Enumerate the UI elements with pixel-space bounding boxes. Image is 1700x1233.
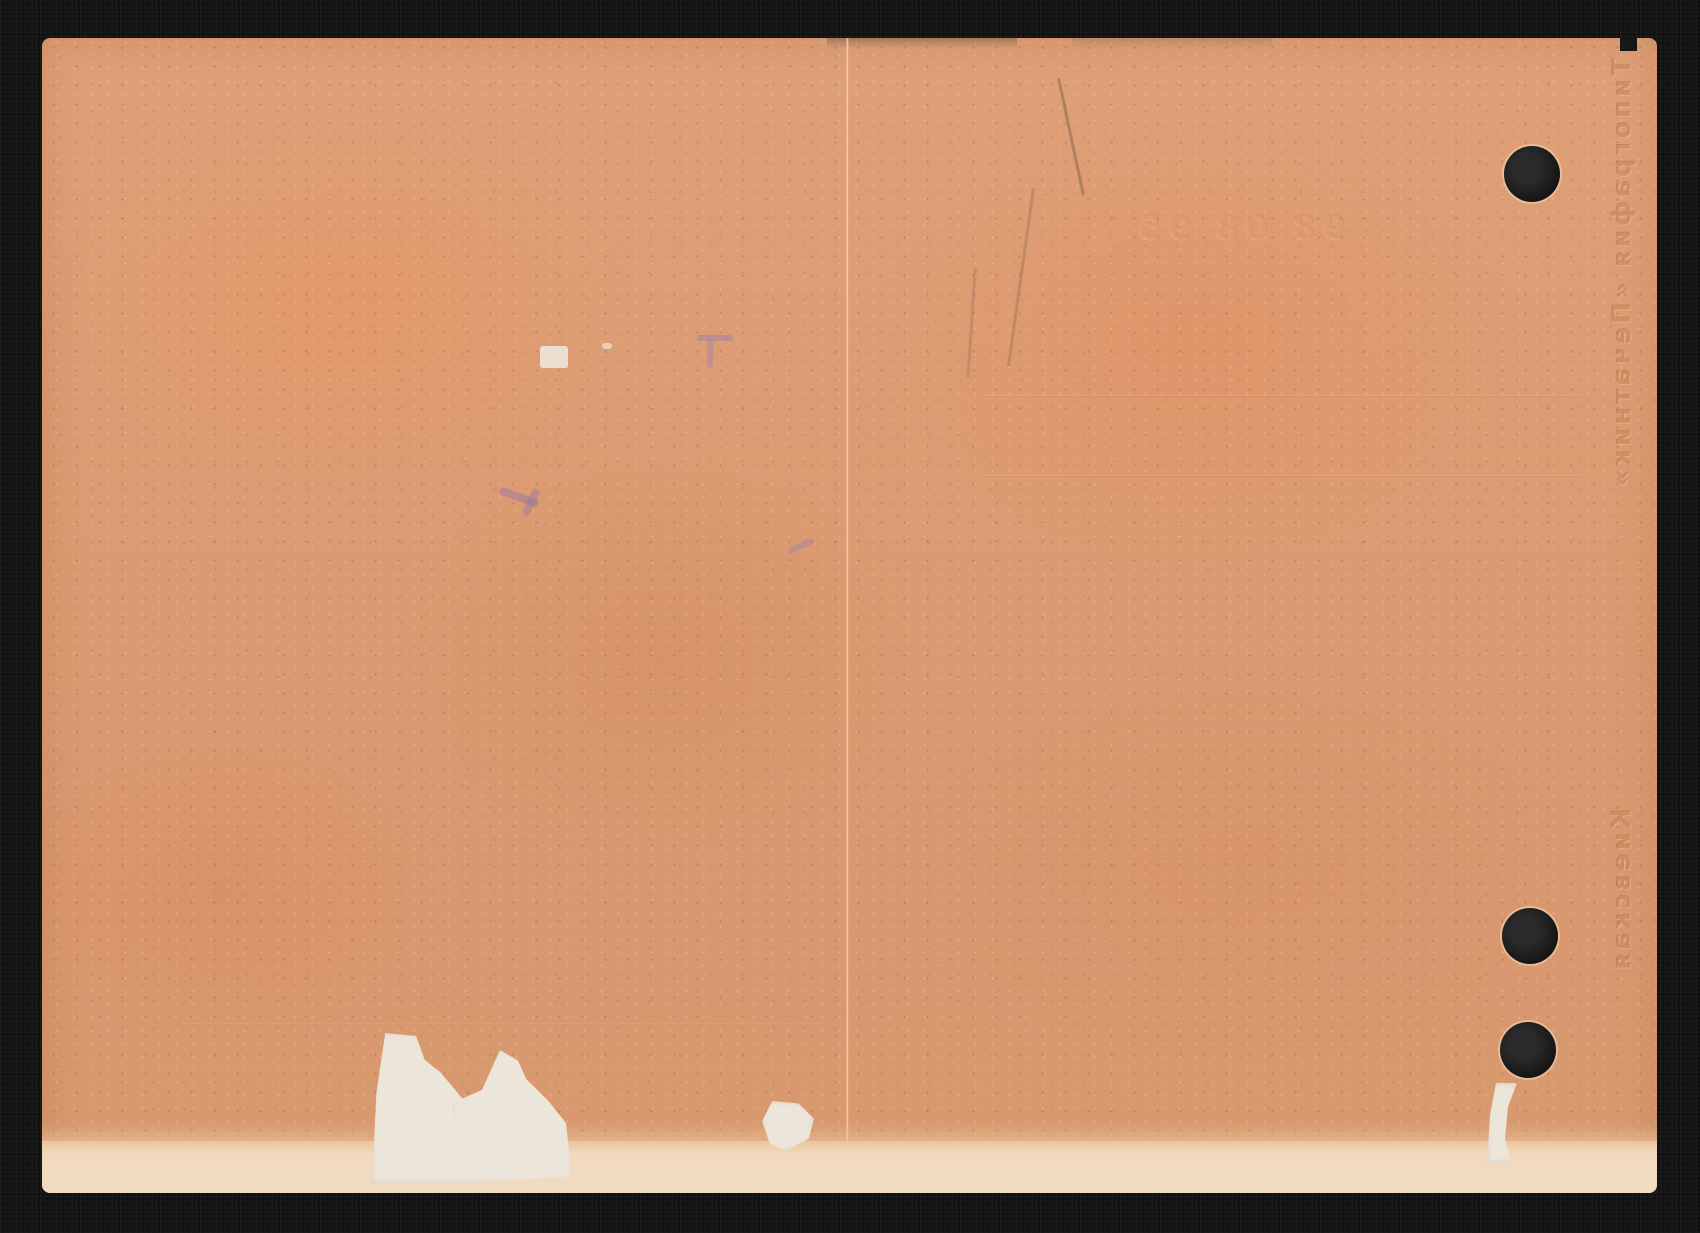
showthrough-imprint-bottom: Киевская [1607, 808, 1637, 1068]
bottom-pale-strip [42, 1141, 1657, 1193]
white-speck [540, 346, 568, 368]
edge-notch [1620, 38, 1637, 51]
punch-hole [1504, 146, 1560, 202]
pencil-mark [966, 268, 977, 378]
showthrough-imprint-top: Типография «Печатник» [1607, 58, 1637, 698]
pencil-mark [1007, 188, 1035, 367]
top-edge-stain [1072, 38, 1272, 48]
top-edge-stain [827, 38, 1017, 48]
punch-hole [1502, 908, 1558, 964]
punch-hole [1500, 1022, 1556, 1078]
paper-texture [42, 38, 1657, 1193]
pencil-mark [1057, 78, 1085, 196]
white-speck [602, 343, 612, 349]
showthrough-number: 98 08 95 [1132, 208, 1346, 248]
fold-line [846, 38, 849, 1193]
embossed-rule [982, 475, 1582, 477]
violet-ink-mark [707, 338, 713, 368]
violet-ink-mark [787, 537, 815, 554]
embossed-rule [982, 395, 1582, 397]
violet-ink-mark [697, 335, 733, 341]
embossed-rule [182, 1023, 822, 1025]
paper-card: 98 08 95 Типография «Печатник» Киевская [42, 38, 1657, 1193]
bottom-strip-fade [42, 1123, 1657, 1143]
